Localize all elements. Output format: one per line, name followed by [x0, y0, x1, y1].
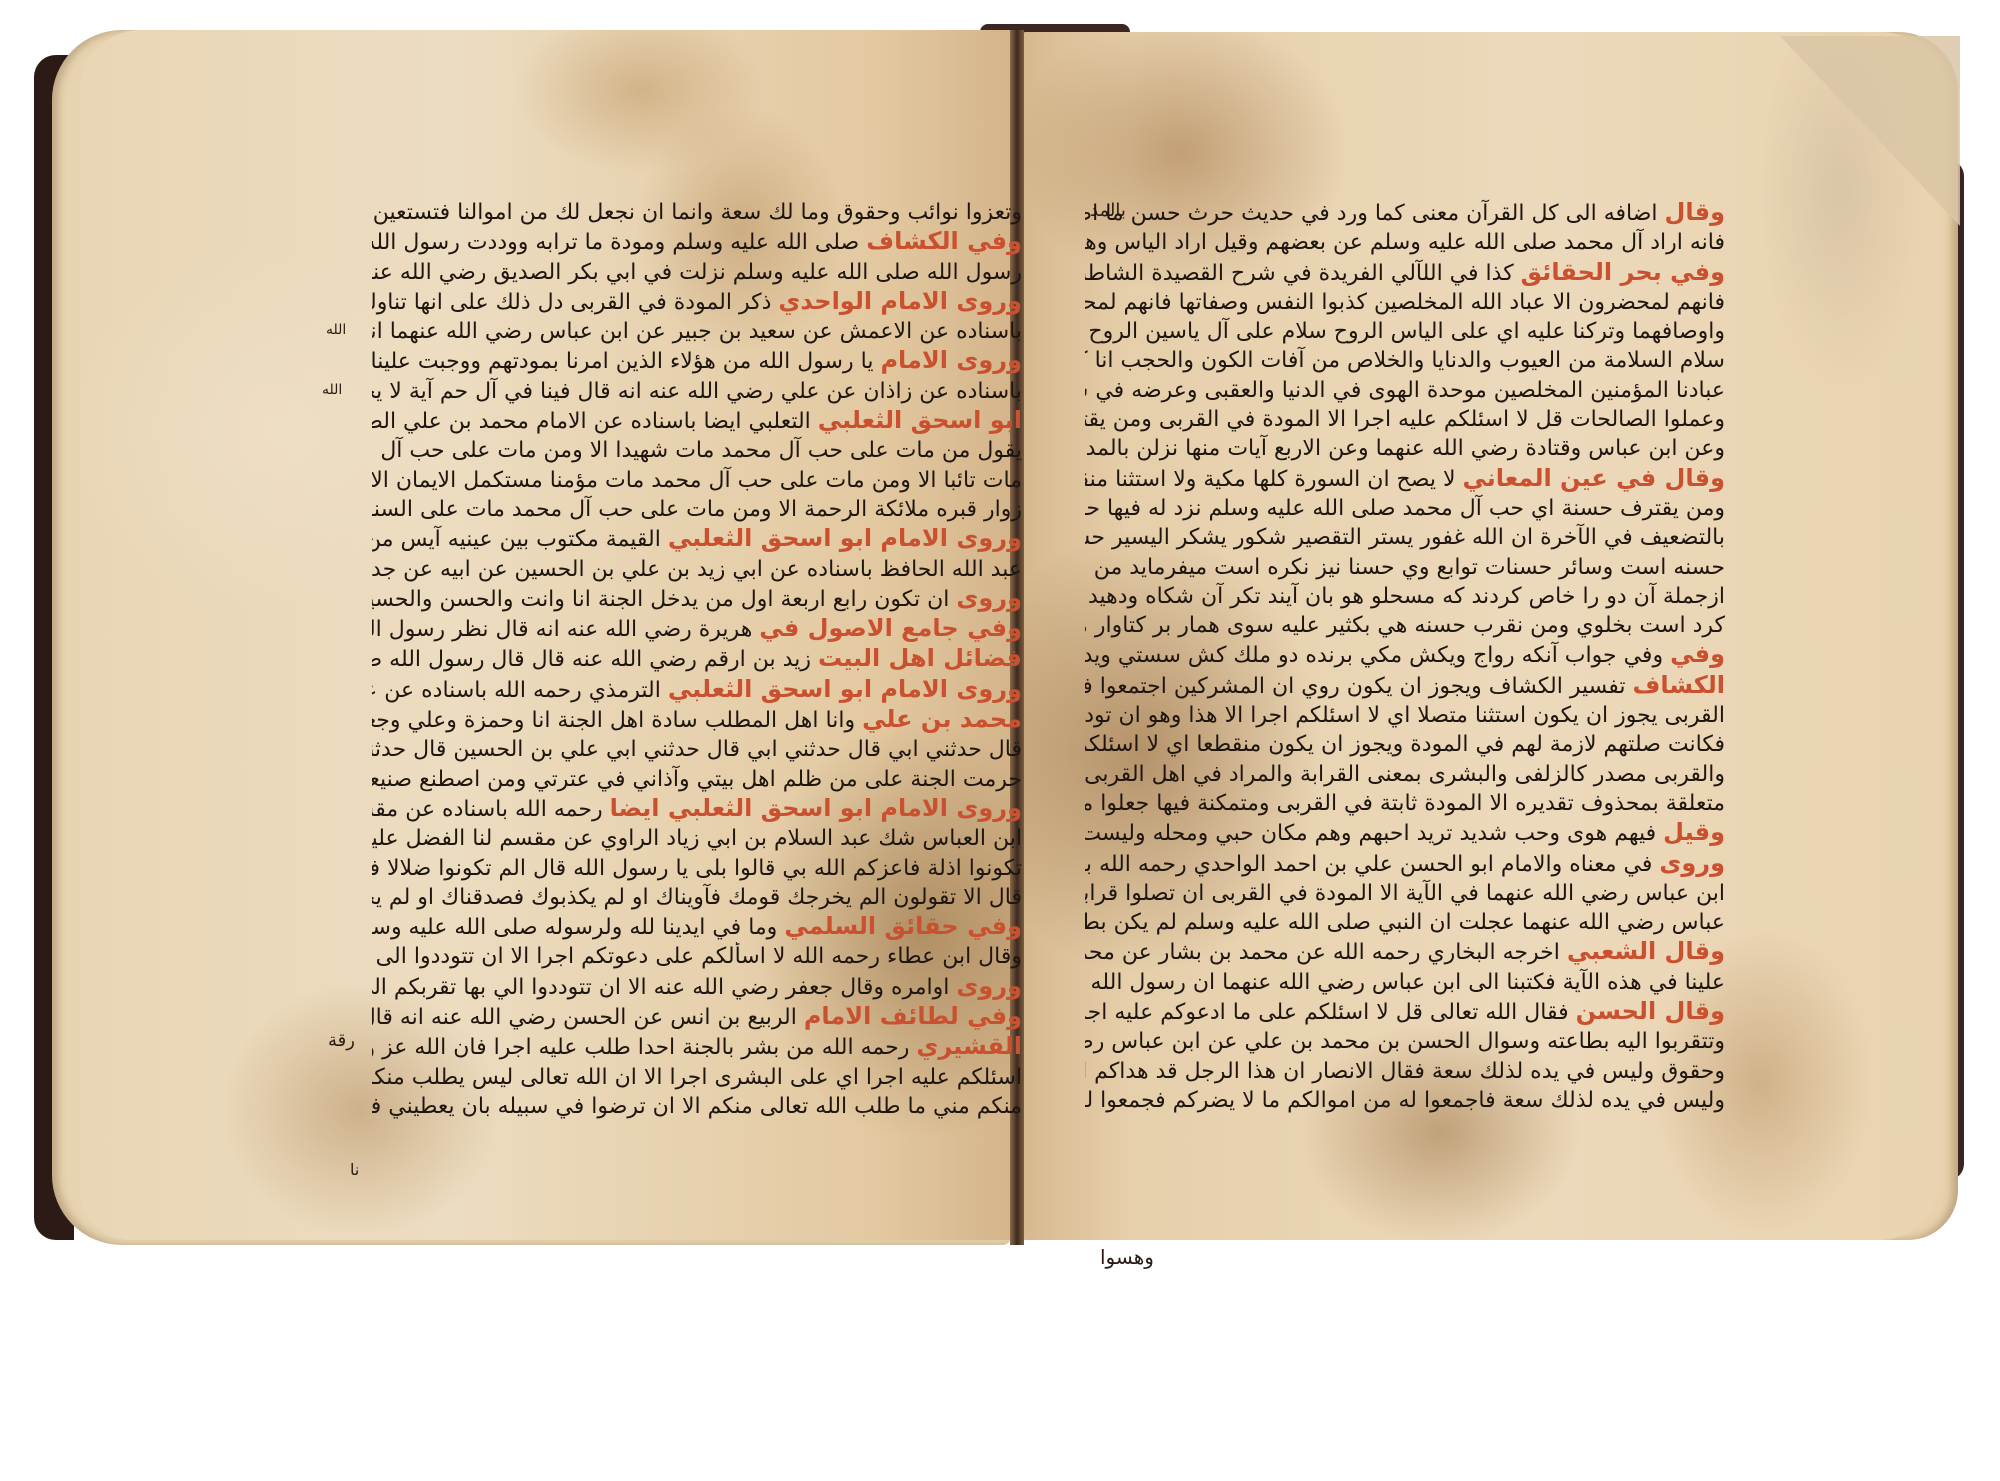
rubric-heading: وروى الامام ابو اسحق الثعلبي: [668, 675, 1022, 703]
text-line: كرد است بخلوي ومن نقرب حسنه هي بكثير علي…: [1085, 611, 1725, 640]
text-line: متعلقة بمحذوف تقديره الا المودة ثابتة في…: [1085, 789, 1725, 818]
text-line: وحقوق وليس في يده لذلك سعة فقال الانصار …: [1085, 1057, 1725, 1086]
text-line: وروى في معناه والامام ابو الحسن علي بن ا…: [1085, 849, 1725, 879]
line-text: حسنه است وسائر حسنات توابع وي حسنا نيز ن…: [1085, 555, 1725, 580]
line-text: عباس رضي الله عنهما عجلت ان النبي صلى ال…: [1085, 910, 1725, 935]
text-line: وقال في عين المعاني لا يصح ان السورة كله…: [1085, 464, 1725, 494]
line-text: قال الا تقولون الم يخرجك قومك فآويناك او…: [372, 885, 1022, 910]
line-text: وتتقربوا اليه بطاعته وسوال الحسن بن محمد…: [1085, 1029, 1725, 1054]
line-text: يا رسول الله من هؤلاء الذين امرنا بمودته…: [372, 349, 873, 374]
rubric-heading: وفي: [1670, 640, 1725, 668]
line-text-continued: ويجوز ان يكون روي ان المشركين اجتمعوا في…: [1085, 674, 1482, 699]
text-line: القربى يجوز ان يكون استثنا متصلا اي لا ا…: [1085, 701, 1725, 730]
text-line: الكشاف تفسير الكشاف ويجوز ان يكون روي ان…: [1085, 671, 1725, 701]
text-line: حرمت الجنة على من ظلم اهل بيتي وآذاني في…: [372, 765, 1022, 794]
text-line: عبد الله الحافظ باسناده عن ابي زيد بن عل…: [372, 555, 1022, 584]
line-text: بالتضعيف في الآخرة ان الله غفور يستر الت…: [1085, 525, 1725, 550]
text-line: يقول من مات على حب آل محمد مات شهيدا الا…: [372, 436, 1022, 465]
text-line: وروى الامام ابو اسحق الثعلبي الترمذي رحم…: [372, 675, 1022, 705]
rubric-heading: ابو اسحق الثعلبي: [818, 406, 1022, 434]
rubric-heading: وروى: [956, 972, 1022, 1000]
line-text: رسول الله صلى الله عليه وسلم نزلت في ابي…: [372, 260, 1022, 285]
text-line: وعملوا الصالحات قل لا اسئلكم عليه اجرا ا…: [1085, 405, 1725, 434]
manuscript-photo: بالمد الله الله رقة نا وهسوا وتعزوا نوائ…: [0, 0, 2000, 1481]
text-line: زوار قبره ملائكة الرحمة الا ومن مات على …: [372, 495, 1022, 524]
line-text: الترمذي: [589, 678, 661, 703]
text-line: باسناده عن زاذان عن علي رضي الله عنه انه…: [372, 377, 1022, 406]
line-text: ازجملة آن دو را خاص كردند كه مسحلو هو با…: [1085, 584, 1725, 609]
text-line: حسنه است وسائر حسنات توابع وي حسنا نيز ن…: [1085, 553, 1725, 582]
rubric-heading: وروى: [956, 584, 1022, 612]
line-text: كذا في اللآلي الفريدة في شرح القصيدة الش…: [1085, 261, 1514, 286]
rubric-heading: وقال في عين المعاني: [1463, 464, 1726, 492]
line-text: كرد است بخلوي ومن نقرب حسنه هي بكثير علي…: [1085, 613, 1725, 638]
rubric-heading: وقال الشعبي: [1567, 937, 1725, 965]
rubric-heading: وفي جامع الاصول في: [759, 614, 1022, 642]
text-line: سلام السلامة من العيوب والدنايا والخلاص …: [1085, 346, 1725, 375]
text-line: ابن عباس رضي الله عنهما في الآية الا الم…: [1085, 879, 1725, 908]
text-line: وقال الحسن فقال الله تعالى قل لا اسئلكم …: [1085, 997, 1725, 1027]
rubric-heading: وفي الكشاف: [866, 227, 1022, 255]
line-text: حرمت الجنة على من ظلم اهل بيتي وآذاني في…: [372, 767, 1022, 792]
line-text: باسناده عن زاذان عن علي رضي الله عنه انه…: [372, 379, 1022, 404]
rubric-heading: فضائل اهل البيت: [818, 644, 1022, 672]
line-text: وقال ابن عطاء رحمه الله لا اسألكم على دع…: [372, 944, 1022, 969]
line-text: وعن ابن عباس وقتادة رضي الله عنهما وعن ا…: [1085, 436, 1725, 461]
text-line: وروى الامام يا رسول الله من هؤلاء الذين …: [372, 346, 1022, 376]
line-text: فكانت صلتهم لازمة لهم في المودة ويجوز ان…: [1085, 732, 1725, 757]
line-text: القربى يجوز ان يكون استثنا متصلا اي لا ا…: [1085, 703, 1725, 728]
line-text: ابن عباس رضي الله عنهما في الآية الا الم…: [1085, 881, 1725, 906]
line-text: وتعزوا نوائب وحقوق وما لك سعة وانما ان ن…: [372, 200, 1022, 225]
text-line: وقال ابن عطاء رحمه الله لا اسألكم على دع…: [372, 942, 1022, 971]
text-line: وقال اضافه الى كل القرآن معنى كما ورد في…: [1085, 198, 1725, 228]
text-line: فضائل اهل البيت زيد بن ارقم رضي الله عنه…: [372, 644, 1022, 674]
text-line: والقربى مصدر كالزلفى والبشرى بمعنى القرا…: [1085, 760, 1725, 789]
rubric-heading: محمد بن علي: [862, 705, 1022, 733]
text-line: وليس في يده لذلك سعة فاجمعوا له من اموال…: [1085, 1086, 1725, 1115]
text-line: وروى الامام ابو اسحق الثعلبي ايضا رحمه ا…: [372, 794, 1022, 824]
margin-note: الله: [326, 322, 346, 338]
rubric-heading: وقال: [1665, 198, 1725, 226]
line-text: اخرجه البخاري رحمه الله عن محمد بن بشار …: [1085, 940, 1560, 965]
line-text: وعملوا الصالحات قل لا اسئلكم عليه اجرا ا…: [1085, 407, 1725, 432]
margin-note: رقة: [328, 1030, 355, 1051]
text-line: وعن ابن عباس وقتادة رضي الله عنهما وعن ا…: [1085, 434, 1725, 463]
rubric-heading: وروى الامام ابو اسحق الثعلبي ايضا: [610, 794, 1022, 822]
margin-note: نا: [350, 1160, 359, 1179]
rubric-heading: وروى الامام ابو اسحق الثعلبي: [668, 524, 1022, 552]
line-text: فانه اراد آل محمد صلى الله عليه وسلم عن …: [1085, 230, 1725, 255]
line-text: وما في ايدينا لله ولرسوله صلى الله عليه …: [372, 915, 777, 940]
text-line: فكانت صلتهم لازمة لهم في المودة ويجوز ان…: [1085, 730, 1725, 759]
text-line: وقال الشعبي اخرجه البخاري رحمه الله عن م…: [1085, 937, 1725, 967]
line-text: تكونوا اذلة فاعزكم الله بي قالوا بلى يا …: [372, 856, 1022, 881]
left-page-text: وتعزوا نوائب وحقوق وما لك سعة وانما ان ن…: [372, 198, 1022, 1121]
rubric-heading: وروى الامام الواحدي: [778, 287, 1022, 315]
text-line: قال حدثني ابي قال حدثني ابي قال حدثني اب…: [372, 735, 1022, 764]
line-text: منكم مني ما طلب الله تعالى منكم الا ان ت…: [372, 1094, 1022, 1119]
line-text: وحقوق وليس في يده لذلك سعة فقال الانصار …: [1085, 1059, 1725, 1084]
rubric-heading: وقيل: [1663, 818, 1725, 846]
line-text: وانا اهل المطلب سادة اهل الجنة انا وحمزة…: [372, 708, 855, 733]
rubric-heading: وفي بحر الحقائق: [1521, 258, 1725, 286]
text-line: ازجملة آن دو را خاص كردند كه مسحلو هو با…: [1085, 582, 1725, 611]
line-text: وليس في يده لذلك سعة فاجمعوا له من اموال…: [1085, 1088, 1725, 1113]
text-line: فانهم لمحضرون الا عباد الله المخلصين كذب…: [1085, 288, 1725, 317]
line-text: عبد الله الحافظ باسناده عن ابي زيد بن عل…: [372, 557, 1022, 582]
rubric-heading: وفي حقائق السلمي: [784, 912, 1022, 940]
text-line: علينا في هذه الآية فكتبنا الى ابن عباس ر…: [1085, 968, 1725, 997]
line-text: سلام السلامة من العيوب والدنايا والخلاص …: [1085, 348, 1725, 373]
text-line: قال الا تقولون الم يخرجك قومك فآويناك او…: [372, 883, 1022, 912]
text-line: اسئلكم عليه اجرا اي على البشرى اجرا الا …: [372, 1063, 1022, 1092]
line-text: اسئلكم عليه اجرا اي على البشرى اجرا الا …: [372, 1065, 1022, 1090]
text-line: عباس رضي الله عنهما عجلت ان النبي صلى ال…: [1085, 908, 1725, 937]
line-text-continued: رحمه الله باسناده عن علي رضي الله عنه قا…: [372, 678, 582, 703]
line-text: الربيع بن انس عن الحسن رضي الله عنه انه …: [372, 1005, 797, 1030]
line-text: زيد بن ارقم رضي الله عنه قال قال رسول ال…: [372, 647, 811, 672]
line-text: زوار قبره ملائكة الرحمة الا ومن مات على …: [372, 497, 1022, 522]
right-page-text: وقال اضافه الى كل القرآن معنى كما ورد في…: [1085, 198, 1725, 1115]
text-line: وفي جامع الاصول في هريرة رضي الله عنه ان…: [372, 614, 1022, 644]
rubric-heading: وروى الامام: [880, 346, 1022, 374]
line-text: فيهم هوى وحب شديد تريد احبهم وهم مكان حب…: [1085, 821, 1656, 846]
text-line: وروى الامام الواحدي ذكر المودة في القربى…: [372, 287, 1022, 317]
text-line: وفي حقائق السلمي وما في ايدينا لله ولرسو…: [372, 912, 1022, 942]
rubric-heading: وفي لطائف الامام: [804, 1002, 1022, 1030]
text-line: فانه اراد آل محمد صلى الله عليه وسلم عن …: [1085, 228, 1725, 257]
line-text: رحمه الله باسناده عن مقسم عن ابن عباس رض…: [372, 797, 603, 822]
foot-note: وهسوا: [1100, 1245, 1154, 1269]
text-line: ابن العباس شك عبد السلام بن ابي زياد الر…: [372, 824, 1022, 853]
line-text: علينا في هذه الآية فكتبنا الى ابن عباس ر…: [1085, 970, 1725, 995]
line-text: وفي جواب آنكه رواج ويكش مكي برنده دو ملك…: [1085, 643, 1663, 668]
text-line: منكم مني ما طلب الله تعالى منكم الا ان ت…: [372, 1092, 1022, 1121]
line-text: هريرة رضي الله عنه انه قال نظر رسول الله…: [372, 617, 752, 642]
rubric-heading: وروى: [1659, 849, 1725, 877]
line-text: رحمه الله من بشر بالجنة احدا طلب عليه اج…: [372, 1035, 909, 1060]
text-line: القشيري رحمه الله من بشر بالجنة احدا طلب…: [372, 1032, 1022, 1062]
text-line: وفي لطائف الامام الربيع بن انس عن الحسن …: [372, 1002, 1022, 1032]
line-text: التعلبي ايضا باسناده عن الامام محمد بن ع…: [372, 409, 811, 434]
line-text: فقال الله تعالى قل لا اسئلكم على ما ادعو…: [1085, 1000, 1569, 1025]
text-line: مات تائبا الا ومن مات على حب آل محمد مات…: [372, 466, 1022, 495]
text-line: بالتضعيف في الآخرة ان الله غفور يستر الت…: [1085, 523, 1725, 552]
text-line: وفي الكشاف صلى الله عليه وسلم ومودة ما ت…: [372, 227, 1022, 257]
text-line: وتتقربوا اليه بطاعته وسوال الحسن بن محمد…: [1085, 1027, 1725, 1056]
line-text: عبادنا المؤمنين المخلصين موحدة الهوى في …: [1085, 378, 1725, 403]
text-line: ومن يقترف حسنة اي حب آل محمد صلى الله عل…: [1085, 494, 1725, 523]
text-line: تكونوا اذلة فاعزكم الله بي قالوا بلى يا …: [372, 854, 1022, 883]
text-line: وروى ان تكون رابع اربعة اول من يدخل الجن…: [372, 584, 1022, 614]
line-text: ان تكون رابع اربعة اول من يدخل الجنة انا…: [372, 587, 949, 612]
text-line: رسول الله صلى الله عليه وسلم نزلت في ابي…: [372, 258, 1022, 287]
text-line: وفي بحر الحقائق كذا في اللآلي الفريدة في…: [1085, 258, 1725, 288]
line-text: متعلقة بمحذوف تقديره الا المودة ثابتة في…: [1085, 791, 1725, 816]
text-line: محمد بن علي وانا اهل المطلب سادة اهل الج…: [372, 705, 1022, 735]
rubric-heading: القشيري: [916, 1032, 1022, 1060]
line-text: ابن العباس شك عبد السلام بن ابي زياد الر…: [372, 826, 1022, 851]
line-text: صلى الله عليه وسلم ومودة ما ترابه ووددت …: [372, 230, 859, 255]
rubric-heading: وقال الحسن: [1576, 997, 1725, 1025]
line-text: والقربى مصدر كالزلفى والبشرى بمعنى القرا…: [1085, 762, 1725, 787]
text-line: وفي وفي جواب آنكه رواج ويكش مكي برنده دو…: [1085, 640, 1725, 670]
text-line: ابو اسحق الثعلبي التعلبي ايضا باسناده عن…: [372, 406, 1022, 436]
rubric-heading: الكشاف: [1632, 671, 1725, 699]
margin-note: الله: [322, 382, 342, 398]
line-text: لا يصح ان السورة كلها مكية ولا استثنا من…: [1085, 467, 1456, 492]
line-text: مات تائبا الا ومن مات على حب آل محمد مات…: [372, 468, 1022, 493]
line-text: القيمة مكتوب بين عينيه آيس من رحمة الله …: [372, 527, 661, 552]
line-text: ومن يقترف حسنة اي حب آل محمد صلى الله عل…: [1085, 496, 1725, 521]
text-line: واوصافهما وتركنا عليه اي على الياس الروح…: [1085, 317, 1725, 346]
line-text: في معناه والامام ابو الحسن علي بن احمد ا…: [1085, 852, 1652, 877]
text-line: وروى اوامره وقال جعفر رضي الله عنه الا ا…: [372, 972, 1022, 1002]
line-text: ذكر المودة في القربى دل ذلك على انها تنا…: [372, 290, 771, 315]
line-text: اضافه الى كل القرآن معنى كما ورد في حديث…: [1085, 201, 1658, 226]
line-text: اوامره وقال جعفر رضي الله عنه الا ان تتو…: [372, 975, 949, 1000]
text-line: عبادنا المؤمنين المخلصين موحدة الهوى في …: [1085, 376, 1725, 405]
line-text: قال حدثني ابي قال حدثني ابي قال حدثني اب…: [372, 737, 1022, 762]
text-line: وروى الامام ابو اسحق الثعلبي القيمة مكتو…: [372, 524, 1022, 554]
line-text: يقول من مات على حب آل محمد مات شهيدا الا…: [372, 438, 1022, 463]
text-line: وتعزوا نوائب وحقوق وما لك سعة وانما ان ن…: [372, 198, 1022, 227]
line-text: تفسير الكشاف: [1489, 674, 1626, 699]
text-line: وقيل فيهم هوى وحب شديد تريد احبهم وهم مك…: [1085, 818, 1725, 848]
line-text: واوصافهما وتركنا عليه اي على الياس الروح…: [1085, 319, 1725, 344]
line-text: باسناده عن الاعمش عن سعيد بن جبير عن ابن…: [372, 319, 1022, 344]
line-text: فانهم لمحضرون الا عباد الله المخلصين كذب…: [1085, 290, 1725, 315]
text-line: باسناده عن الاعمش عن سعيد بن جبير عن ابن…: [372, 317, 1022, 346]
